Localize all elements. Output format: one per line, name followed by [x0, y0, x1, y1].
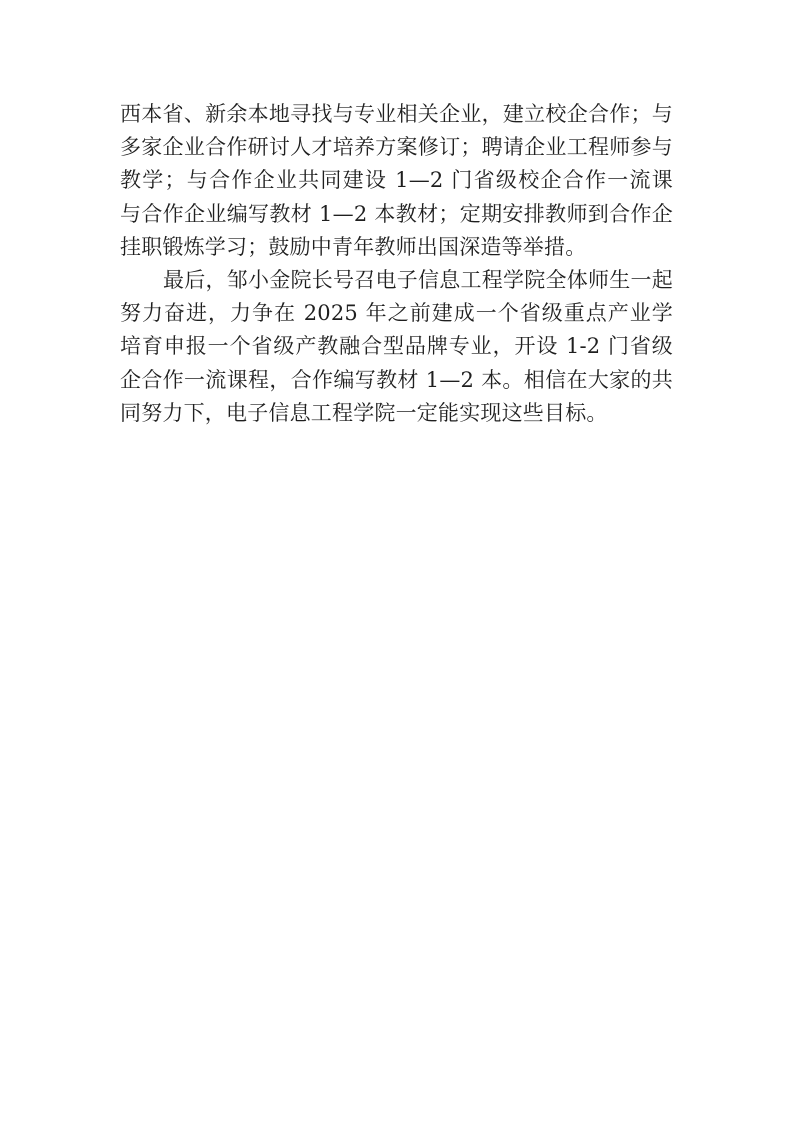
document-text-block: 西本省、新余本地寻找与专业相关企业，建立校企合作；与 多家企业合作研讨人才培养方…: [120, 98, 673, 430]
text-line: 同努力下，电子信息工程学院一定能实现这些目标。: [120, 397, 673, 430]
text-line: 挂职锻炼学习；鼓励中青年教师出国深造等举措。: [120, 231, 673, 264]
text-line: 与合作企业编写教材 1—2 本教材；定期安排教师到合作企: [120, 198, 673, 231]
paragraph-2: 最后，邹小金院长号召电子信息工程学院全体师生一起 努力奋进，力争在 2025 年…: [120, 264, 673, 430]
paragraph-1: 西本省、新余本地寻找与专业相关企业，建立校企合作；与 多家企业合作研讨人才培养方…: [120, 98, 673, 264]
text-line: 努力奋进，力争在 2025 年之前建成一个省级重点产业学院，: [120, 297, 673, 330]
text-line: 最后，邹小金院长号召电子信息工程学院全体师生一起: [120, 264, 673, 297]
text-line: 教学；与合作企业共同建设 1—2 门省级校企合作一流课程；: [120, 164, 673, 197]
text-line: 多家企业合作研讨人才培养方案修订；聘请企业工程师参与: [120, 131, 673, 164]
text-line: 培育申报一个省级产教融合型品牌专业，开设 1-2 门省级校: [120, 330, 673, 363]
document-page: 西本省、新余本地寻找与专业相关企业，建立校企合作；与 多家企业合作研讨人才培养方…: [0, 0, 793, 1122]
text-line: 企合作一流课程，合作编写教材 1—2 本。相信在大家的共: [120, 364, 673, 397]
text-line: 西本省、新余本地寻找与专业相关企业，建立校企合作；与: [120, 98, 673, 131]
